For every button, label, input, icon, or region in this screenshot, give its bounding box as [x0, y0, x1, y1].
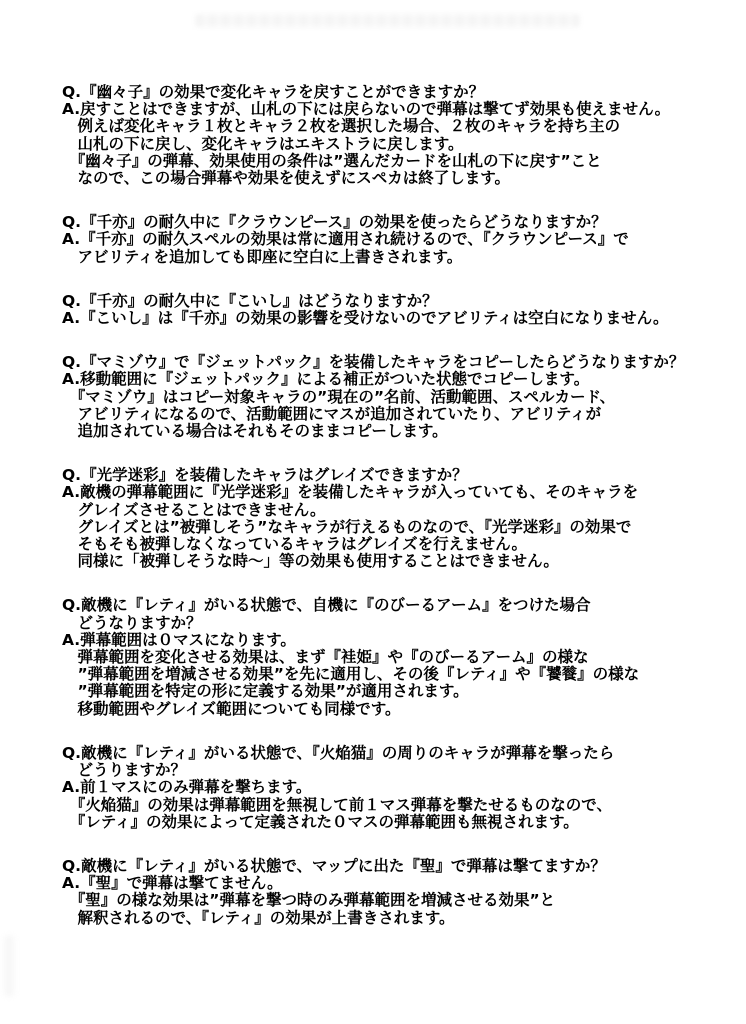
qa-block-optical-camouflage: Q.『光学迷彩』を装備したキャラはグレイズできますか？ A.敵機の弾幕範囲に『光… [62, 467, 710, 570]
qa-block-yuyuko: Q.『幽々子』の効果で変化キャラを戻すことができますか？ A.戻すことはできます… [62, 84, 710, 187]
qa-block-letty-nobiru-arm: Q.敵機に『レティ』がいる状態で、自機に『のびーるアーム』をつけた場合 どうなり… [62, 597, 710, 717]
qa-block-mamizou-jetpack: Q.『マミゾウ』で『ジェットパック』を装備したキャラをコピーしたらどうなりますか… [62, 354, 710, 440]
faq-document-page: Q.『幽々子』の効果で変化キャラを戻すことができますか？ A.戻すことはできます… [0, 0, 746, 1024]
scan-bleedthrough-artifact [195, 14, 580, 27]
qa-block-chimata-koishi: Q.『千亦』の耐久中に『こいし』はどうなりますか？ A.『こいし』は『千亦』の効… [62, 293, 710, 327]
qa-block-letty-kaenbyou: Q.敵機に『レティ』がいる状態で、『火焔猫』の周りのキャラが弾幕を撃ったら どう… [62, 745, 710, 831]
scan-edge-smudge [4, 936, 14, 996]
qa-block-letty-hijiri: Q.敵機に『レティ』がいる状態で、マップに出た『聖』で弾幕は撃てますか？ A.『… [62, 858, 710, 927]
faq-content: Q.『幽々子』の効果で変化キャラを戻すことができますか？ A.戻すことはできます… [62, 84, 710, 954]
qa-block-chimata-clownpiece: Q.『千亦』の耐久中に『クラウンピース』の効果を使ったらどうなりますか？ A.『… [62, 214, 710, 266]
